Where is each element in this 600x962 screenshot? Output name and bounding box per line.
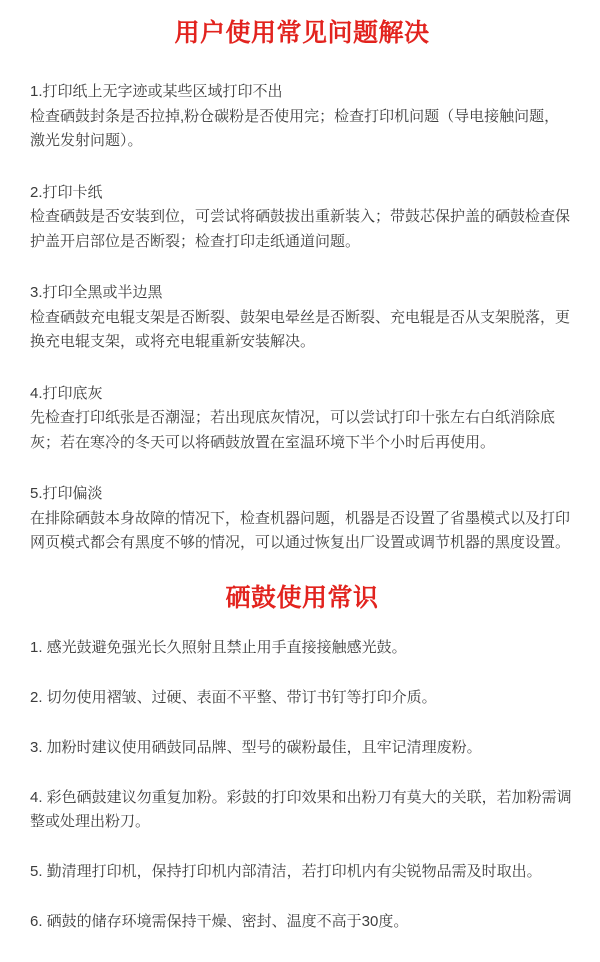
tip-item-2: 2. 切勿使用褶皱、过硬、表面不平整、带订书钉等打印介质。 [30,686,574,711]
tip-item-5: 5. 勤清理打印机，保持打印机内部清洁，若打印机内有尖锐物品需及时取出。 [30,860,574,885]
faq-item-3: 3.打印全黑或半边黑 检查硒鼓充电辊支架是否断裂、鼓架电晕丝是否断裂、充电辊是否… [30,281,574,355]
faq-item-2-heading: 2.打印卡纸 [30,181,574,206]
faq-item-4: 4.打印底灰 先检查打印纸张是否潮湿；若出现底灰情况，可以尝试打印十张左右白纸消… [30,382,574,456]
faq-item-5-heading: 5.打印偏淡 [30,482,574,507]
faq-item-2: 2.打印卡纸 检查硒鼓是否安装到位，可尝试将硒鼓拔出重新装入；带鼓芯保护盖的硒鼓… [30,181,574,255]
faq-item-1: 1.打印纸上无字迹或某些区域打印不出 检查硒鼓封条是否拉掉,粉仓碳粉是否使用完；… [30,80,574,154]
faq-item-4-body: 先检查打印纸张是否潮湿；若出现底灰情况，可以尝试打印十张左右白纸消除底灰；若在寒… [30,406,574,455]
faq-item-1-body: 检查硒鼓封条是否拉掉,粉仓碳粉是否使用完；检查打印机问题（导电接触问题，激光发射… [30,105,574,154]
faq-item-2-body: 检查硒鼓是否安装到位，可尝试将硒鼓拔出重新装入；带鼓芯保护盖的硒鼓检查保护盖开启… [30,205,574,254]
document-page: 用户使用常见问题解决 1.打印纸上无字迹或某些区域打印不出 检查硒鼓封条是否拉掉… [0,0,600,962]
faq-item-4-heading: 4.打印底灰 [30,382,574,407]
faq-item-1-heading: 1.打印纸上无字迹或某些区域打印不出 [30,80,574,105]
tip-item-1: 1. 感光鼓避免强光长久照射且禁止用手直接接触感光鼓。 [30,636,574,661]
section2-title: 硒鼓使用常识 [30,583,574,613]
tip-item-4: 4. 彩色硒鼓建议勿重复加粉。彩鼓的打印效果和出粉刀有莫大的关联，若加粉需调整或… [30,786,574,835]
tips-list: 1. 感光鼓避免强光长久照射且禁止用手直接接触感光鼓。 2. 切勿使用褶皱、过硬… [30,636,574,935]
tip-item-3: 3. 加粉时建议使用硒鼓同品牌、型号的碳粉最佳，且牢记清理废粉。 [30,736,574,761]
faq-item-3-heading: 3.打印全黑或半边黑 [30,281,574,306]
faq-item-5-body: 在排除硒鼓本身故障的情况下，检查机器问题，机器是否设置了省墨模式以及打印网页模式… [30,507,574,556]
tip-item-6: 6. 硒鼓的储存环境需保持干燥、密封、温度不高于30度。 [30,910,574,935]
faq-item-3-body: 检查硒鼓充电辊支架是否断裂、鼓架电晕丝是否断裂、充电辊是否从支架脱落，更换充电辊… [30,306,574,355]
faq-item-5: 5.打印偏淡 在排除硒鼓本身故障的情况下，检查机器问题，机器是否设置了省墨模式以… [30,482,574,556]
section1-title: 用户使用常见问题解决 [30,18,574,48]
